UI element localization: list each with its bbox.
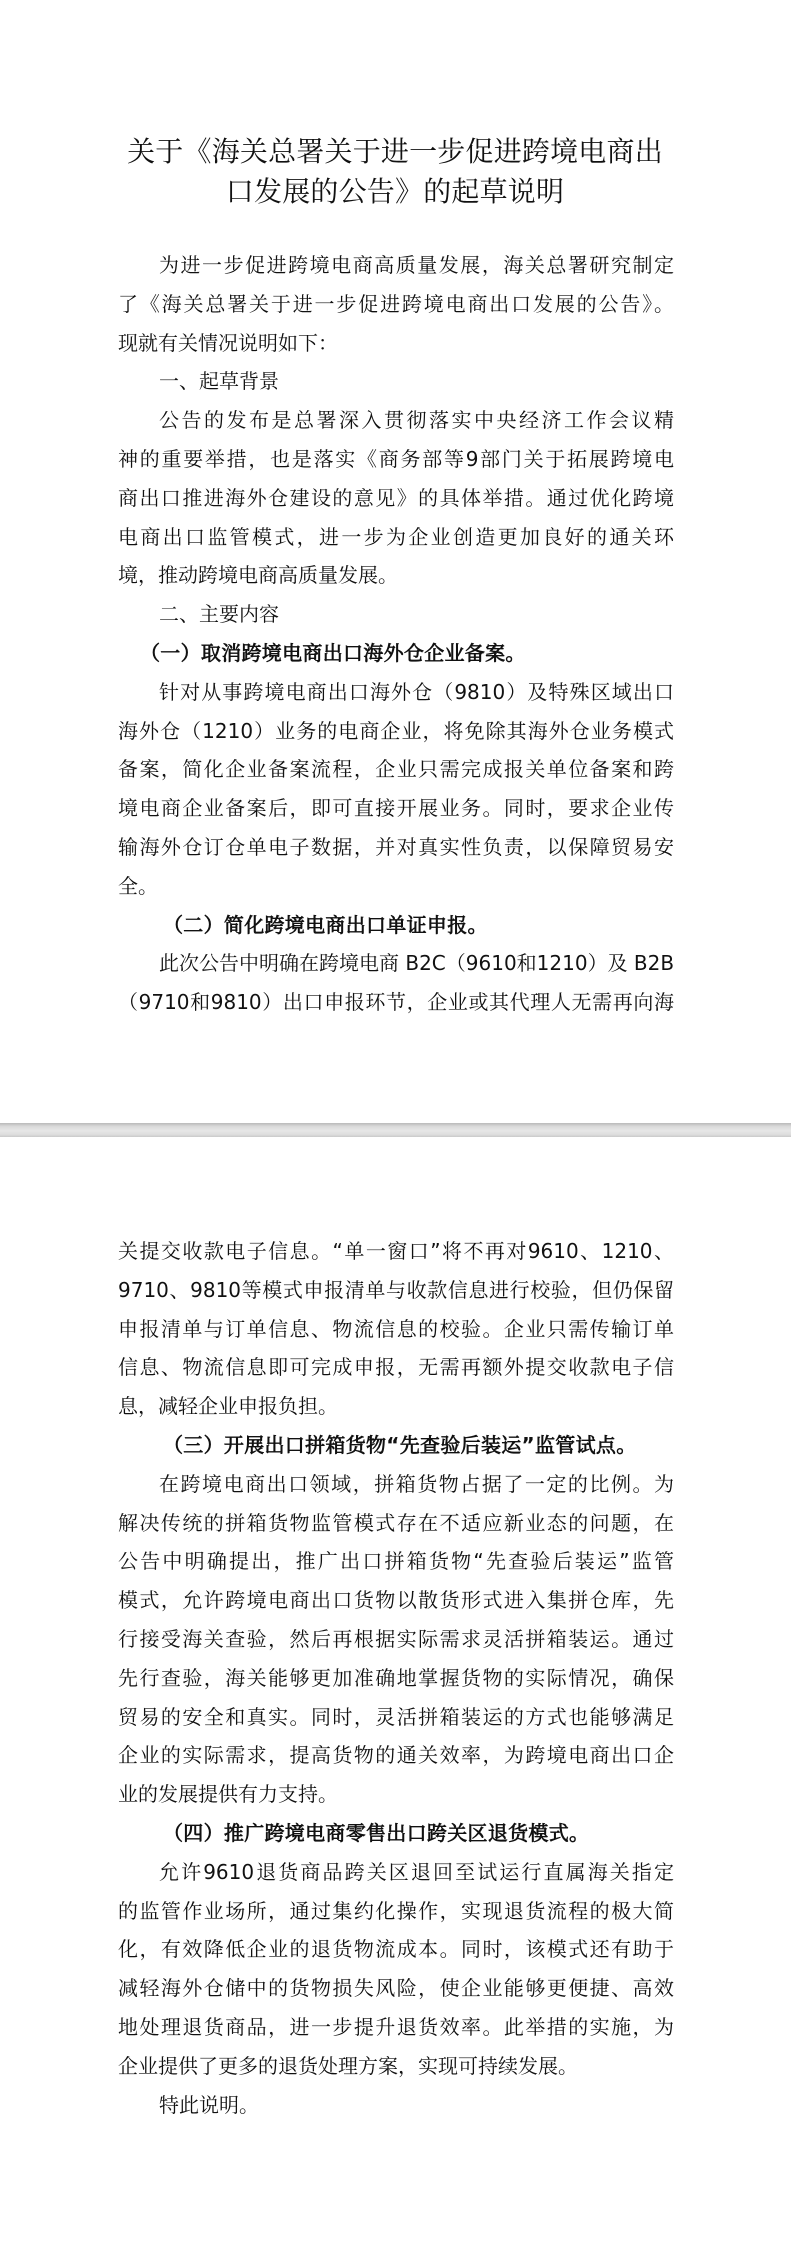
title-line-2: 口发展的公告》的起草说明 <box>110 172 680 212</box>
section-subheading: （四）推广跨境电商零售出口跨关区退货模式。 <box>118 1814 674 1853</box>
document-page-2: 关提交收款电子信息。“单一窗口”将不再对9610、1210、9710、9810等… <box>0 1137 791 2252</box>
paragraph-line: 模式，允许跨境电商出口货物以散货形式进入集拼仓库，先 <box>118 1581 674 1620</box>
paragraph-line: 关提交收款电子信息。“单一窗口”将不再对9610、1210、 <box>118 1232 674 1271</box>
paragraph-line: 申报清单与订单信息、物流信息的校验。企业只需传输订单 <box>118 1310 674 1349</box>
section-subheading: （三）开展出口拼箱货物“先查验后装运”监管试点。 <box>118 1426 674 1465</box>
paragraph-line: 境，推动跨境电商高质量发展。 <box>118 556 674 595</box>
title-line-1: 关于《海关总署关于进一步促进跨境电商出 <box>110 132 680 172</box>
paragraph-line: 解决传统的拼箱货物监管模式存在不适应新业态的问题，在 <box>118 1504 674 1543</box>
paragraph-line: 备案，简化企业备案流程，企业只需完成报关单位备案和跨 <box>118 750 674 789</box>
paragraph-line: 行接受海关查验，然后再根据实际需求灵活拼箱装运。通过 <box>118 1620 674 1659</box>
paragraph-line: 神的重要举措，也是落实《商务部等9部门关于拓展跨境电 <box>118 440 674 479</box>
paragraph-line: 企业提供了更多的退货处理方案，实现可持续发展。 <box>118 2047 674 2086</box>
paragraph-first-line: 特此说明。 <box>118 2086 674 2125</box>
paragraph-line: 商出口推进海外仓建设的意见》的具体举措。通过优化跨境 <box>118 479 674 518</box>
paragraph-line: 贸易的安全和真实。同时，灵活拼箱装运的方式也能够满足 <box>118 1698 674 1737</box>
paragraph-line: 业的发展提供有力支持。 <box>118 1775 674 1814</box>
paragraph-first-line: 公告的发布是总署深入贯彻落实中央经济工作会议精 <box>118 401 674 440</box>
page-1-body: 为进一步促进跨境电商高质量发展，海关总署研究制定了《海关总署关于进一步促进跨境电… <box>118 246 674 1022</box>
paragraph-line: 公告中明确提出，推广出口拼箱货物“先查验后装运”监管 <box>118 1542 674 1581</box>
paragraph-first-line: 此次公告中明确在跨境电商 B2C（9610和1210）及 B2B <box>118 944 674 983</box>
paragraph-line: 输海外仓订仓单电子数据，并对真实性负责，以保障贸易安 <box>118 828 674 867</box>
paragraph-line: 的监管作业场所，通过集约化操作，实现退货流程的极大简 <box>118 1892 674 1931</box>
paragraph-line: 地处理退货商品，进一步提升退货效率。此举措的实施，为 <box>118 2008 674 2047</box>
paragraph-line: 先行查验，海关能够更加准确地掌握货物的实际情况，确保 <box>118 1659 674 1698</box>
paragraph-line: 减轻海外仓储中的货物损失风险，使企业能够更便捷、高效 <box>118 1969 674 2008</box>
paragraph-first-line: 在跨境电商出口领域，拼箱货物占据了一定的比例。为 <box>118 1465 674 1504</box>
paragraph-line: 海外仓（1210）业务的电商企业，将免除其海外仓业务模式 <box>118 712 674 751</box>
paragraph-first-line: 为进一步促进跨境电商高质量发展，海关总署研究制定 <box>118 246 674 285</box>
paragraph-line: 9710、9810等模式申报清单与收款信息进行校验，但仍保留 <box>118 1271 674 1310</box>
page-break-separator <box>0 1123 791 1137</box>
paragraph-line: 企业的实际需求，提高货物的通关效率，为跨境电商出口企 <box>118 1736 674 1775</box>
section-subheading: （二）简化跨境电商出口单证申报。 <box>118 906 674 945</box>
paragraph-line: （9710和9810）出口申报环节，企业或其代理人无需再向海 <box>118 983 674 1022</box>
paragraph-first-line: 一、起草背景 <box>118 362 674 401</box>
paragraph-line: 息，减轻企业申报负担。 <box>118 1387 674 1426</box>
section-subheading: （一）取消跨境电商出口海外仓企业备案。 <box>118 634 674 673</box>
paragraph-line: 境电商企业备案后，即可直接开展业务。同时，要求企业传 <box>118 789 674 828</box>
page-2-body: 关提交收款电子信息。“单一窗口”将不再对9610、1210、9710、9810等… <box>118 1232 674 2124</box>
paragraph-line: 了《海关总署关于进一步促进跨境电商出口发展的公告》。 <box>118 285 674 324</box>
document-title: 关于《海关总署关于进一步促进跨境电商出 口发展的公告》的起草说明 <box>110 132 680 212</box>
paragraph-line: 现就有关情况说明如下： <box>118 324 674 363</box>
paragraph-first-line: 允许9610退货商品跨关区退回至试运行直属海关指定 <box>118 1853 674 1892</box>
paragraph-line: 全。 <box>118 867 674 906</box>
paragraph-line: 化，有效降低企业的退货物流成本。同时，该模式还有助于 <box>118 1930 674 1969</box>
paragraph-line: 信息、物流信息即可完成申报，无需再额外提交收款电子信 <box>118 1348 674 1387</box>
paragraph-first-line: 二、主要内容 <box>118 595 674 634</box>
paragraph-first-line: 针对从事跨境电商出口海外仓（9810）及特殊区域出口 <box>118 673 674 712</box>
paragraph-line: 电商出口监管模式，进一步为企业创造更加良好的通关环 <box>118 518 674 557</box>
document-page-1: 关于《海关总署关于进一步促进跨境电商出 口发展的公告》的起草说明 为进一步促进跨… <box>0 0 791 1123</box>
